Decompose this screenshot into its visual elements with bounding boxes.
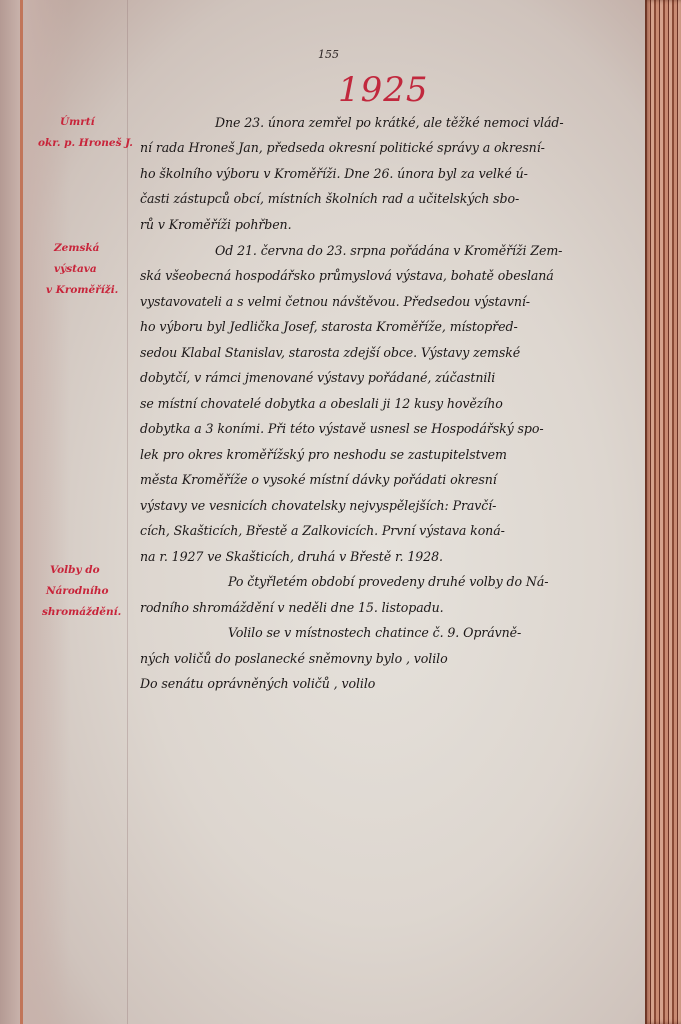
body-line: dobytčí, v rámci jmenované výstavy pořád…	[140, 370, 640, 385]
body-line: ných voličů do poslanecké sněmovny bylo …	[140, 651, 640, 666]
body-line: ská všeobecná hospodářsko průmyslová výs…	[140, 268, 640, 283]
body-line: dobytka a 3 koními. Při této výstavě usn…	[140, 421, 640, 436]
body-line: Po čtyřletém období provedeny druhé volb…	[140, 574, 640, 589]
body-line: rodního shromáždění v neděli dne 15. lis…	[140, 600, 640, 615]
body-line: města Kroměříže o vysoké místní dávky po…	[140, 472, 640, 487]
margin-note-elections: Volby do Národního shromáždění.	[44, 560, 136, 623]
body-line: Dne 23. února zemřel po krátké, ale těžk…	[140, 115, 640, 130]
margin-note-line: okr. p. Hroneš J.	[38, 133, 136, 154]
margin-note-line: výstava	[44, 259, 136, 280]
margin-note-line: v Kroměříži.	[44, 280, 136, 301]
margin-note-line: shromáždění.	[42, 602, 136, 623]
margin-note-line: Úmrtí	[44, 112, 136, 133]
body-line: lek pro okres kroměřížský pro neshodu se…	[140, 447, 640, 462]
body-line: časti zástupců obcí, místních školních r…	[140, 191, 640, 206]
body-line: ho školního výboru v Kroměříži. Dne 26. …	[140, 166, 640, 181]
binding-edge-line	[20, 0, 23, 1024]
body-line: ho výboru byl Jedlička Josef, starosta K…	[140, 319, 640, 334]
body-line: Volilo se v místnostech chatince č. 9. O…	[140, 625, 640, 640]
body-line: Od 21. června do 23. srpna pořádána v Kr…	[140, 243, 640, 258]
body-line: se místní chovatelé dobytka a obeslali j…	[140, 396, 640, 411]
document-scan: 155 1925 Úmrtí okr. p. Hroneš J. Zemská …	[0, 0, 681, 1024]
margin-note-line: Volby do	[44, 560, 136, 581]
body-line: cích, Skašticích, Břestě a Zalkovicích. …	[140, 523, 640, 538]
margin-note-exhibition: Zemská výstava v Kroměříži.	[44, 238, 136, 301]
margin-note-line: Národního	[44, 581, 136, 602]
body-line: ní rada Hroneš Jan, předseda okresní pol…	[140, 140, 640, 155]
year-heading: 1925	[338, 70, 429, 110]
body-line: Do senátu oprávněných voličů , volilo	[140, 676, 640, 691]
body-line: rů v Kroměříži pohřben.	[140, 217, 640, 232]
body-line: vystavovateli a s velmi četnou návštěvou…	[140, 294, 640, 309]
page-number: 155	[318, 48, 339, 61]
margin-note-line: Zemská	[44, 238, 136, 259]
body-line: na r. 1927 ve Skašticích, druhá v Břestě…	[140, 549, 640, 564]
body-line: výstavy ve vesnicích chovatelsky nejvysp…	[140, 498, 640, 513]
book-page-edges	[645, 0, 681, 1024]
margin-note-death: Úmrtí okr. p. Hroneš J.	[44, 112, 136, 154]
body-line: sedou Klabal Stanislav, starosta zdejší …	[140, 345, 640, 360]
